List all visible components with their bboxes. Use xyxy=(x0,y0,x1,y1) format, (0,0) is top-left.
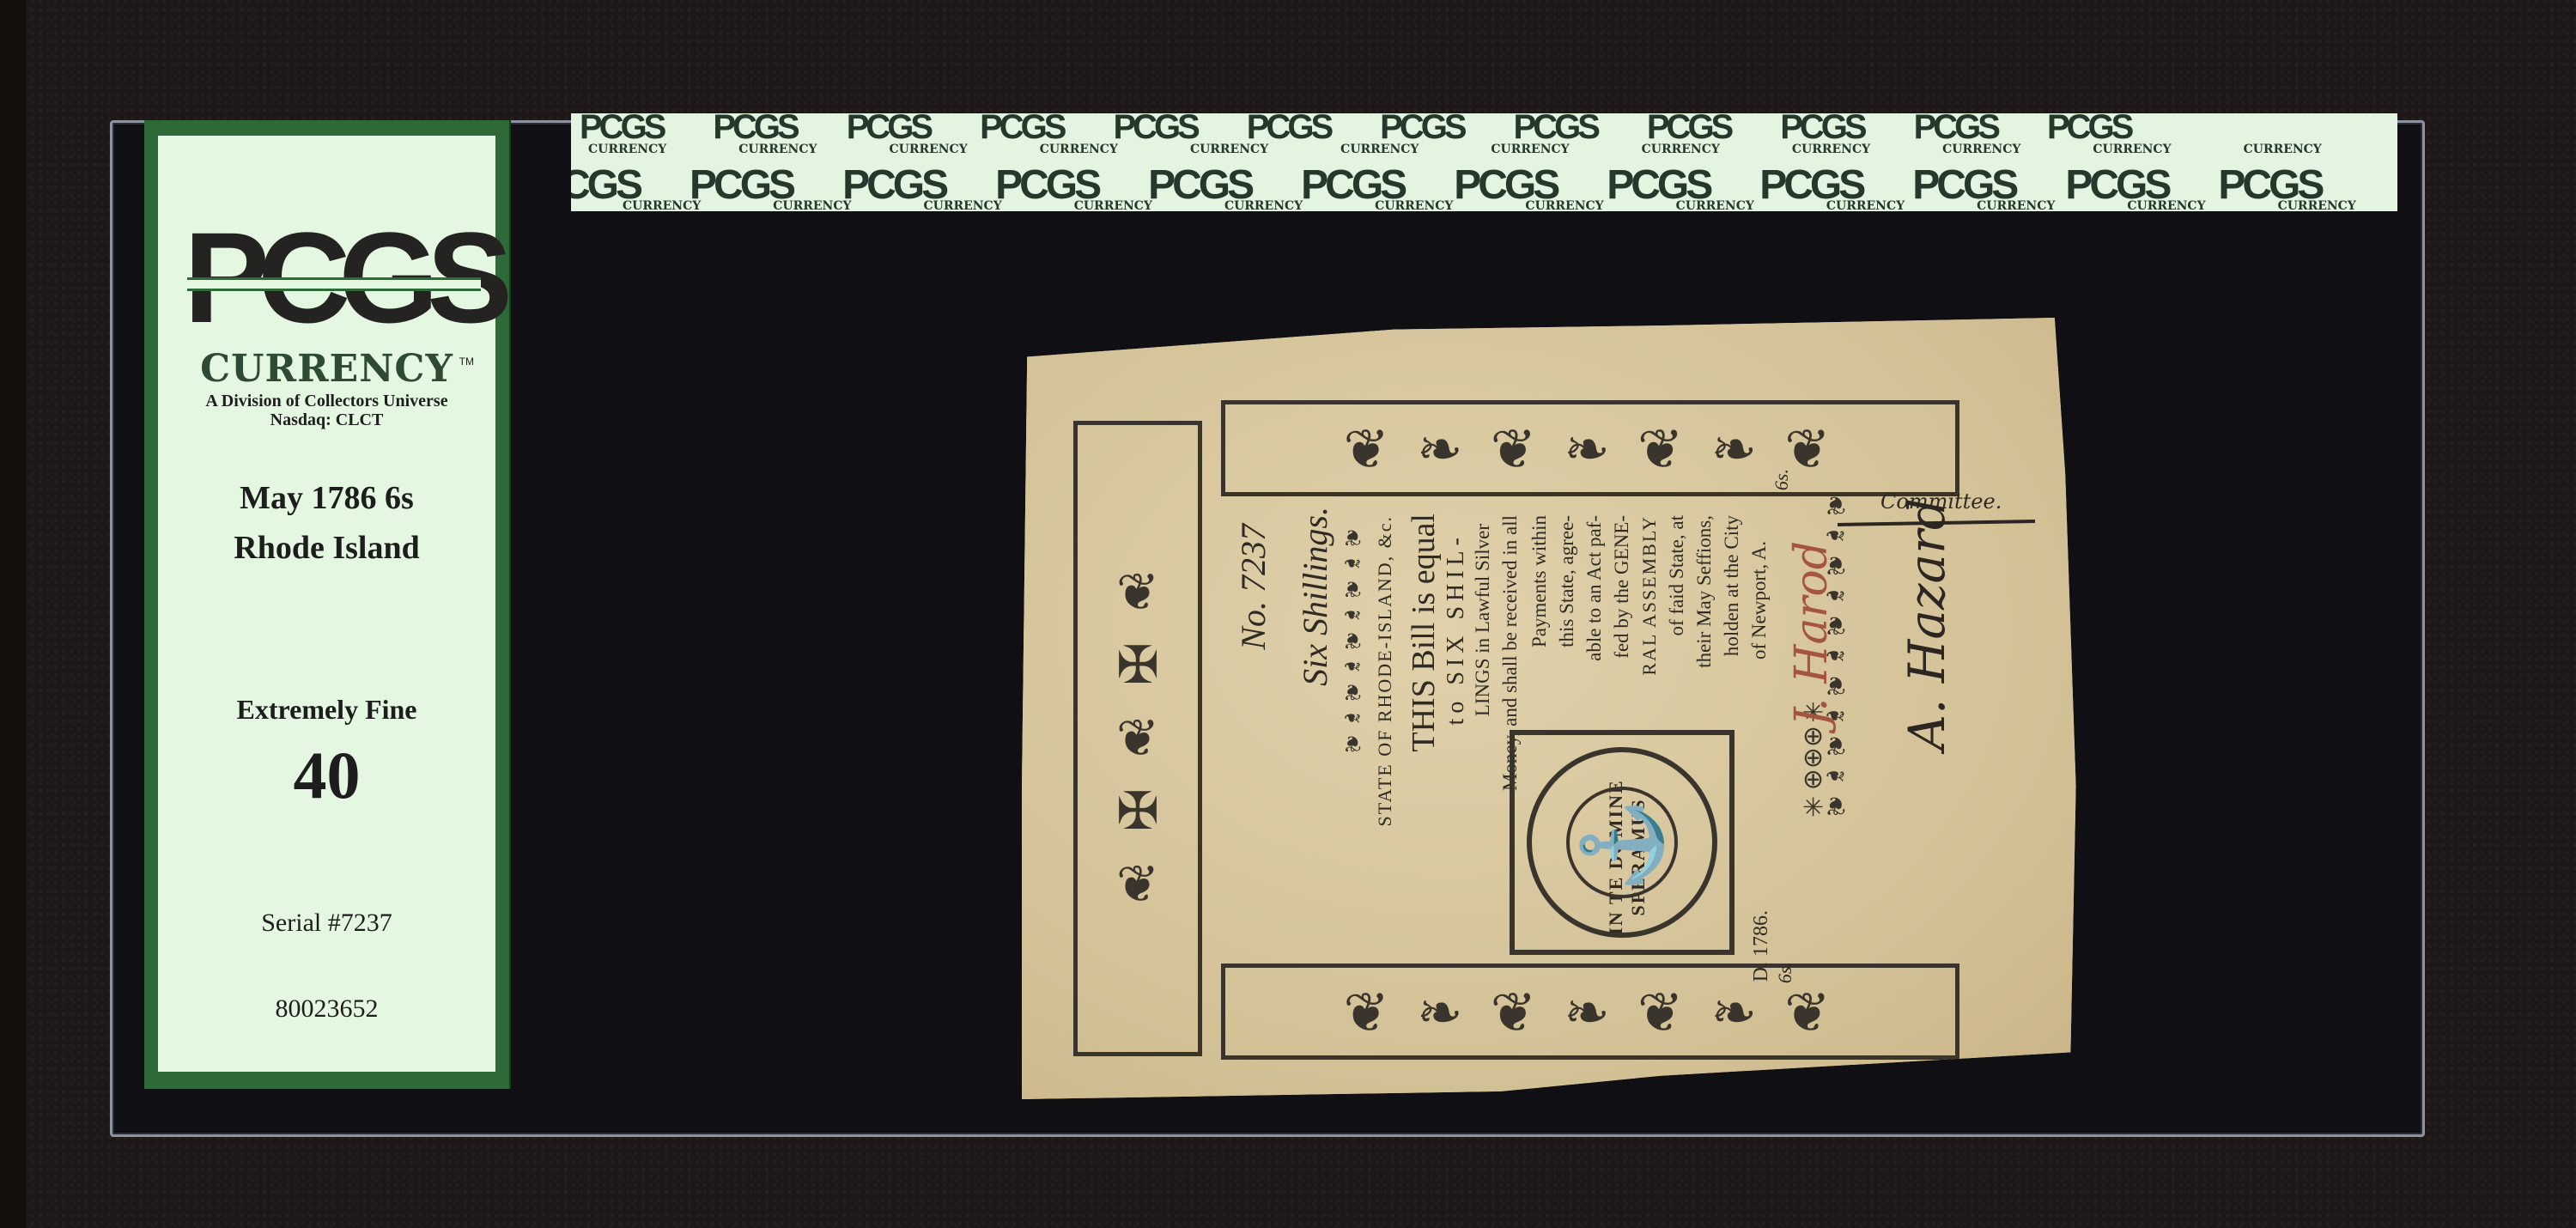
watermark-band: PCGSPCGSPCGSPCGSPCGSPCGSPCGSPCGSPCGSPCGS… xyxy=(571,113,2397,211)
watermark-item: CURRENCY xyxy=(1040,143,1118,156)
banknote: ❦ ❧ ❦ ❧ ❦ ❧ ❦ ❦ ❧ ❦ ❧ ❦ ❧ ❦ ❦ ✠ ❦ ✠ ❦ No… xyxy=(1022,318,2087,1099)
currency-wordmark: CURRENCY xyxy=(158,347,495,391)
body-line: Payments within xyxy=(1528,515,1551,647)
watermark-item: CURRENCY xyxy=(1792,143,1870,156)
body-line: their May Seffions, xyxy=(1693,515,1716,668)
value-mark: 6s. xyxy=(1774,962,1796,983)
seal-inner-ring: ⚓ xyxy=(1566,787,1678,898)
issuer-line: STATE OF RHODE-ISLAND, &c. xyxy=(1374,515,1396,827)
grade-number: 40 xyxy=(158,737,495,814)
left-background-edge xyxy=(0,0,26,1228)
watermark-item: CURRENCY xyxy=(738,143,817,156)
watermark-item: CURRENCY xyxy=(889,143,967,156)
bottom-scroll-border: ❦ ❧ ❦ ❧ ❦ ❧ ❦ xyxy=(1221,964,1959,1060)
body-line: RAL ASSEMBLY xyxy=(1638,515,1661,676)
watermark-item: CURRENCY xyxy=(1190,143,1268,156)
division-line: A Division of Collectors Universe xyxy=(158,392,495,411)
signature-black: A. Hazard xyxy=(1898,498,1956,751)
watermark-item: CURRENCY xyxy=(1340,143,1419,156)
anchor-icon: ⚓ xyxy=(1577,793,1668,898)
watermark-item: CURRENCY xyxy=(773,199,851,211)
watermark-item: CURRENCY xyxy=(623,199,701,211)
seal-ring: IN TE DOMINE SPERAMUS ⚓ xyxy=(1527,747,1717,938)
body-line: holden at the City xyxy=(1721,515,1743,656)
body-line: able to an Act paf- xyxy=(1583,515,1606,661)
watermark-item: CURRENCY xyxy=(1224,199,1303,211)
watermark-item: CURRENCY xyxy=(1676,199,1754,211)
watermark-item: CURRENCY xyxy=(2127,199,2205,211)
watermark-item: CURRENCY xyxy=(1491,143,1569,156)
body-line: of Newport, A. xyxy=(1748,541,1771,660)
body-line: to SIX SHIL- xyxy=(1443,532,1470,725)
pcgs-logo: PCGS TM xyxy=(184,204,484,350)
serial-number: Serial #7237 xyxy=(158,909,495,938)
denomination-script: Six Shillings. xyxy=(1295,507,1335,686)
watermark-item: CURRENCY xyxy=(1826,199,1905,211)
grade-description: Extremely Fine xyxy=(158,694,495,726)
ticker-line: Nasdaq: CLCT xyxy=(158,410,495,430)
date-line: D. 1786. xyxy=(1750,910,1773,982)
watermark-item: CURRENCY xyxy=(2244,143,2322,156)
watermark-item: CURRENCY xyxy=(1375,199,1453,211)
scroll-ornament-icon: ❦ ❧ ❦ ❧ ❦ ❧ ❦ xyxy=(1234,413,1947,483)
serial-handwritten: No. 7237 xyxy=(1233,524,1273,650)
label-panel: PCGS TM CURRENCY A Division of Collector… xyxy=(158,136,495,1072)
watermark-item: CURRENCY xyxy=(1642,143,1720,156)
body-line: of faid State, at xyxy=(1666,515,1688,636)
eagle-ornament-icon: ❦ ✠ ❦ ✠ ❦ xyxy=(1086,434,1189,1043)
watermark-item: CURRENCY xyxy=(1942,143,2020,156)
watermark-item: CURRENCY xyxy=(1977,199,2055,211)
watermark-row-captions: CURRENCYCURRENCYCURRENCYCURRENCYCURRENCY… xyxy=(623,199,2397,211)
watermark-item: CURRENCY xyxy=(2278,199,2356,211)
note-title: May 1786 6s xyxy=(158,479,495,517)
value-mark: 6s. xyxy=(1771,469,1793,490)
watermark-item: CURRENCY xyxy=(2093,143,2171,156)
watermark-item: CURRENCY xyxy=(1525,199,1603,211)
body-line: THIS Bill is equal xyxy=(1405,514,1443,752)
body-line: LINGS in Lawful Silver xyxy=(1472,524,1494,716)
body-line: fed by the GENE- xyxy=(1611,515,1633,659)
watermark-row-captions: CURRENCYCURRENCYCURRENCYCURRENCYCURRENCY… xyxy=(588,143,2394,156)
ornament-row-icon: ❦❧❦❧❦❧❦❧❦ xyxy=(1340,524,1365,756)
watermark-item: CURRENCY xyxy=(923,199,1001,211)
certification-number: 80023652 xyxy=(158,994,495,1024)
watermark-item: CURRENCY xyxy=(1074,199,1152,211)
watermark-item: CURRENCY xyxy=(588,143,666,156)
body-line: this State, agree- xyxy=(1556,515,1578,647)
top-scroll-border: ❦ ❧ ❦ ❧ ❦ ❧ ❦ xyxy=(1221,400,1959,496)
note-state: Rhode Island xyxy=(158,529,495,567)
pcgs-label: PCGS TM CURRENCY A Division of Collector… xyxy=(144,120,509,1089)
side-eagle-border: ❦ ✠ ❦ ✠ ❦ xyxy=(1073,421,1202,1056)
signature-red: J. Harod xyxy=(1786,541,1838,726)
anchor-seal: IN TE DOMINE SPERAMUS ⚓ xyxy=(1510,730,1735,955)
logo-stripe xyxy=(187,277,481,291)
scroll-ornament-icon: ❦ ❧ ❦ ❧ ❦ ❧ ❦ xyxy=(1234,976,1947,1047)
